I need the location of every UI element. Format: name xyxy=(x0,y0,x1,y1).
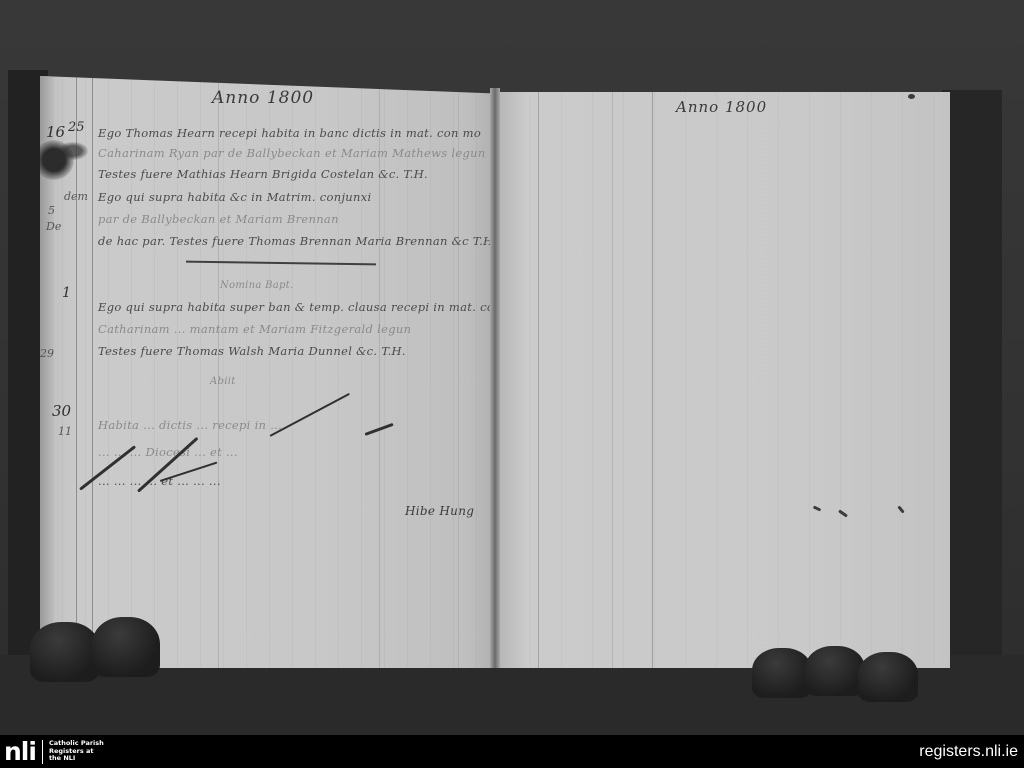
register-line: Ego Thomas Hearn recepi habita in banc d… xyxy=(98,126,481,140)
register-line: de hac par. Testes fuere Thomas Brennan … xyxy=(98,234,497,248)
holding-finger xyxy=(858,652,918,702)
register-line: Testes fuere Thomas Walsh Maria Dunnel &… xyxy=(98,344,406,358)
register-line: Catharinam ... mantam et Mariam Fitzgera… xyxy=(98,322,411,336)
margin-rule-inner xyxy=(92,70,93,668)
right-register-page: Anno 1800 xyxy=(500,92,950,668)
margin-date: 1 xyxy=(62,285,71,301)
footer-bar: nli Catholic Parish Registers at the NLI… xyxy=(0,735,1024,768)
column-rule xyxy=(652,92,653,668)
entry-divider-rule xyxy=(186,261,376,266)
ink-speck xyxy=(838,509,848,517)
logo-divider xyxy=(42,740,43,764)
margin-date: 30 xyxy=(52,402,71,420)
page-heading-year: Anno 1800 xyxy=(212,88,314,108)
logo-caption-line: the NLI xyxy=(49,755,109,763)
section-header: Abiit xyxy=(210,376,236,387)
margin-date: 5 xyxy=(48,204,55,217)
ink-speck xyxy=(897,505,904,513)
register-line: Ego qui supra habita super ban & temp. c… xyxy=(98,300,505,314)
left-register-page: Anno 1800 16 25 dem 5 De 1 29 30 11 Ego … xyxy=(40,70,505,668)
margin-date: 29 xyxy=(40,347,54,360)
site-url-link[interactable]: registers.nli.ie xyxy=(919,743,1024,761)
book-gutter xyxy=(490,88,500,668)
page-heading-year: Anno 1800 xyxy=(676,98,767,116)
register-line: Caharinam Ryan par de Ballybeckan et Mar… xyxy=(98,146,486,160)
logo-caption: Catholic Parish Registers at the NLI xyxy=(49,740,109,763)
holding-finger xyxy=(30,622,100,682)
margin-date: 11 xyxy=(58,425,72,438)
holding-finger xyxy=(805,646,865,696)
column-rule xyxy=(612,92,613,668)
priest-signature: Hibe Hung xyxy=(405,504,474,518)
margin-date: dem xyxy=(64,190,88,203)
ink-blot xyxy=(58,142,88,160)
register-line: Ego qui supra habita &c in Matrim. conju… xyxy=(98,190,371,204)
nli-logo-icon: nli xyxy=(4,735,42,768)
strike-through-stroke xyxy=(270,393,350,437)
section-header: Nomina Bapt. xyxy=(220,280,294,291)
margin-date: 16 xyxy=(46,123,65,141)
register-line: Habita ... dictis ... recepi in ... xyxy=(98,418,282,432)
margin-date: De xyxy=(46,220,61,233)
margin-date: 25 xyxy=(68,120,85,135)
holding-finger xyxy=(752,648,812,698)
register-line: par de Ballybeckan et Mariam Brennan xyxy=(98,212,339,226)
book-edge-shadow xyxy=(942,90,1002,670)
register-line: Testes fuere Mathias Hearn Brigida Coste… xyxy=(98,167,428,181)
nli-branding[interactable]: nli Catholic Parish Registers at the NLI xyxy=(0,735,109,768)
holding-finger xyxy=(92,617,160,677)
ink-speck xyxy=(908,94,915,99)
register-scan-image[interactable]: Anno 1800 16 25 dem 5 De 1 29 30 11 Ego … xyxy=(0,0,1024,735)
margin-rule xyxy=(538,92,539,668)
ink-speck xyxy=(813,505,822,511)
